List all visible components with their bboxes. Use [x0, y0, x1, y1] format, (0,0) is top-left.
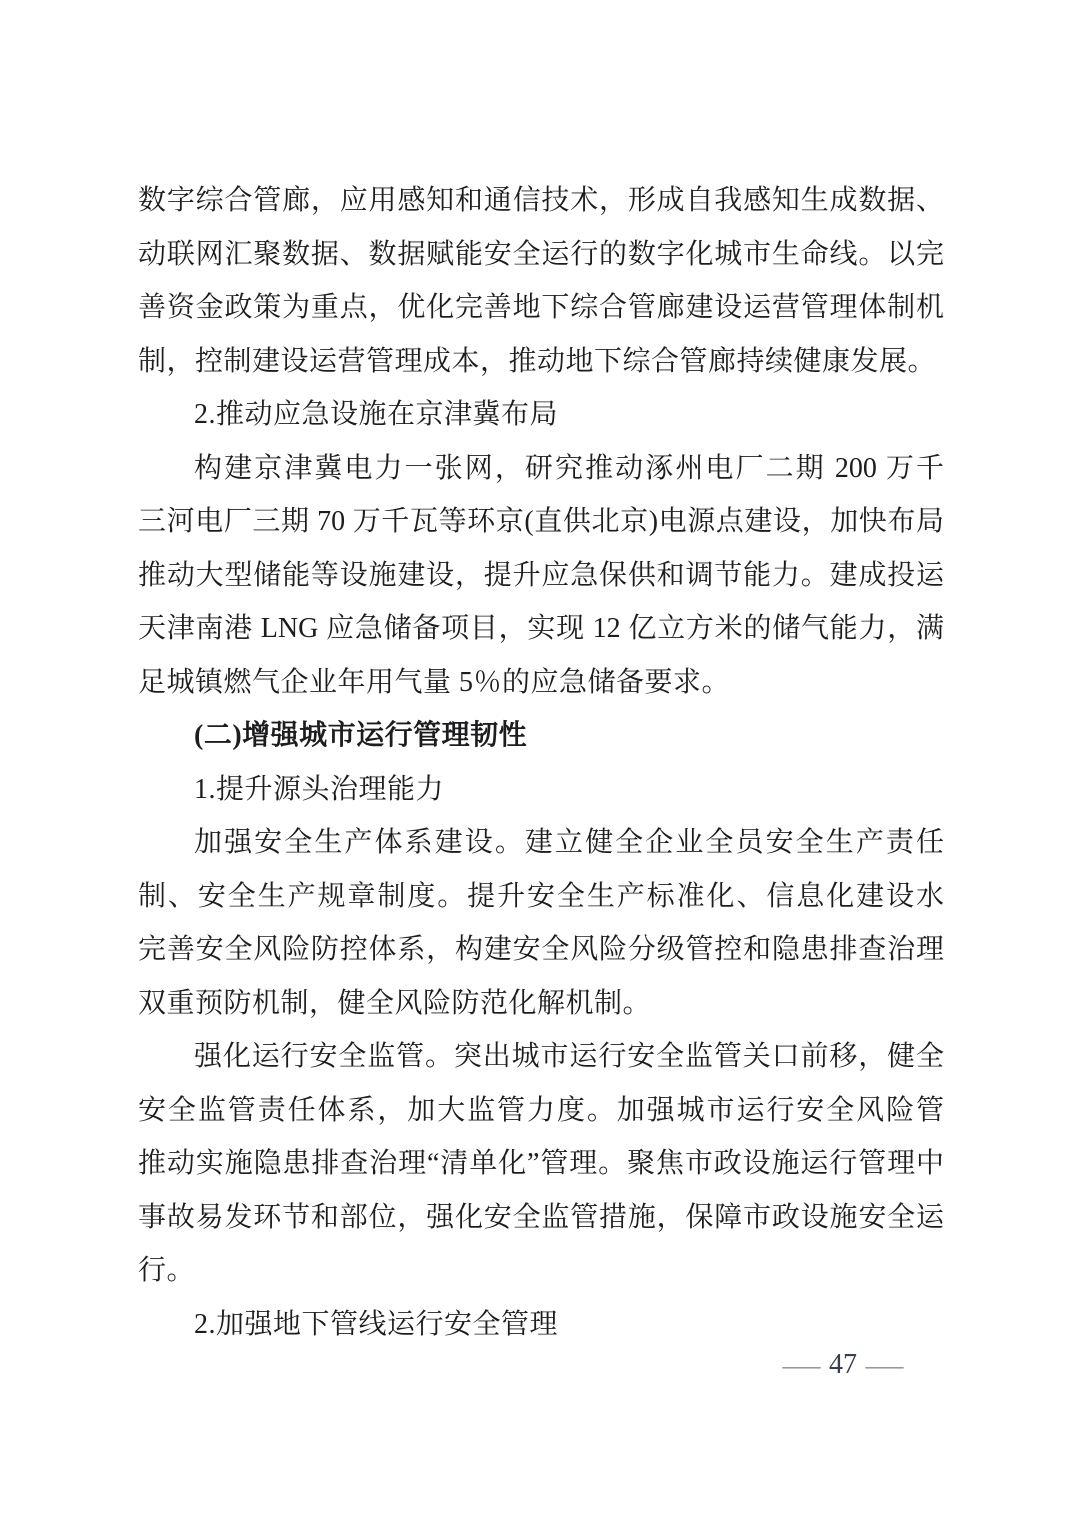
paragraph-start: 加强安全生产体系建设。建立健全企业全员安全生产责任 — [138, 816, 944, 870]
paragraph-line: 推动实施隐患排查治理“清单化”管理。聚焦市政设施运行管理中 — [138, 1137, 944, 1191]
page-number: — 47 — — [788, 1345, 898, 1385]
paragraph-line: 制，控制建设运营管理成本，推动地下综合管廊持续健康发展。 — [138, 335, 944, 389]
page-number-value: 47 — [829, 1345, 857, 1385]
paragraph-line: 足城镇燃气企业年用气量 5％的应急储备要求。 — [138, 656, 944, 710]
paragraph-line: 制、安全生产规章制度。提升安全生产标准化、信息化建设水平。 — [138, 870, 944, 924]
paragraph-line: 善资金政策为重点，优化完善地下综合管廊建设运营管理体制机 — [138, 281, 944, 335]
page-number-dash-left: — — [783, 1345, 821, 1385]
paragraph-line: 数字综合管廊，应用感知和通信技术，形成自我感知生成数据、自 — [138, 174, 944, 228]
paragraph-line: 推动大型储能等设施建设，提升应急保供和调节能力。建成投运 — [138, 549, 944, 603]
paragraph-start: 构建京津冀电力一张网，研究推动涿州电厂二期 200 万千瓦、 — [138, 442, 944, 496]
paragraph-line: 完善安全风险防控体系，构建安全风险分级管控和隐患排查治理 — [138, 923, 944, 977]
document-page: 数字综合管廊，应用感知和通信技术，形成自我感知生成数据、自动联网汇聚数据、数据赋… — [0, 0, 1080, 1527]
paragraph-line: 天津南港 LNG 应急储备项目，实现 12 亿立方米的储气能力，满 — [138, 602, 944, 656]
paragraph-line: 三河电厂三期 70 万千瓦等环京(直供北京)电源点建设，加快布局 — [138, 495, 944, 549]
document-body: 数字综合管廊，应用感知和通信技术，形成自我感知生成数据、自动联网汇聚数据、数据赋… — [138, 174, 944, 1351]
section-heading: (二)增强城市运行管理韧性 — [138, 709, 944, 763]
paragraph-line: 动联网汇聚数据、数据赋能安全运行的数字化城市生命线。以完 — [138, 228, 944, 282]
numbered-heading: 2.加强地下管线运行安全管理 — [138, 1298, 944, 1352]
paragraph-line: 安全监管责任体系，加大监管力度。加强城市运行安全风险管理， — [138, 1084, 944, 1138]
paragraph-line: 行。 — [138, 1244, 944, 1298]
numbered-heading: 1.提升源头治理能力 — [138, 763, 944, 817]
paragraph-line: 双重预防机制，健全风险防范化解机制。 — [138, 977, 944, 1031]
paragraph-start: 强化运行安全监管。突出城市运行安全监管关口前移，健全 — [138, 1030, 944, 1084]
paragraph-line: 事故易发环节和部位，强化安全监管措施，保障市政设施安全运 — [138, 1191, 944, 1245]
numbered-heading: 2.推动应急设施在京津冀布局 — [138, 388, 944, 442]
page-number-dash-right: — — [866, 1345, 904, 1385]
